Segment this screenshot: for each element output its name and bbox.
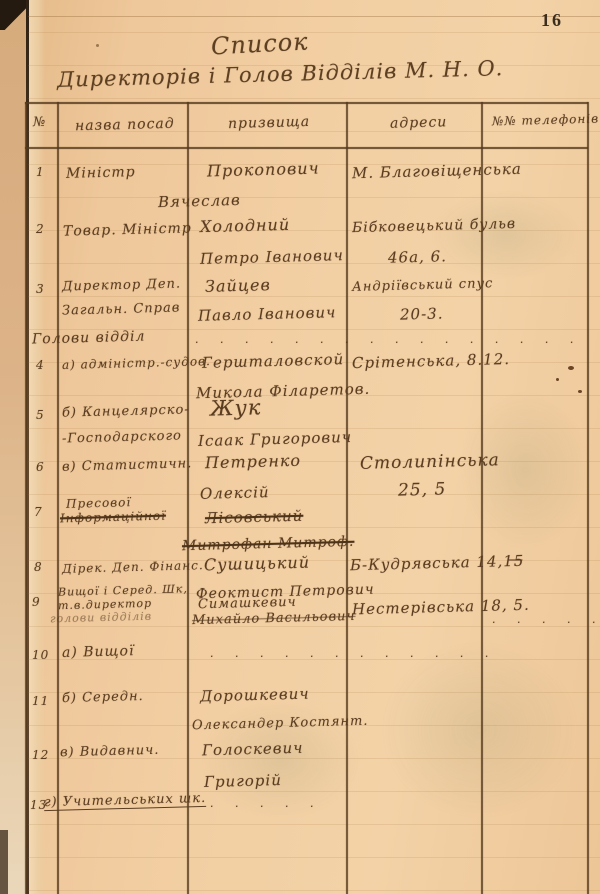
table-border-left — [25, 102, 27, 894]
row-position: Дірек. Деп. Фінанс. — [62, 558, 204, 576]
row-surname: Сушицький — [204, 553, 310, 575]
row-firstname: Ісаак Григорович — [198, 428, 353, 450]
header-name: призвища — [228, 114, 311, 132]
row-address: Андріївський спус — [352, 276, 494, 295]
row-surname: Холодний — [200, 215, 291, 236]
table-col-line — [346, 102, 348, 894]
table-col-line — [57, 102, 59, 894]
row-address: М. Благовіщенська — [352, 160, 522, 182]
ink-speck — [568, 366, 574, 370]
row-position-line3: голови відділів — [50, 610, 152, 626]
ledger-ruling-top — [28, 16, 600, 17]
row-firstname: Михайло Васильович — [192, 609, 356, 628]
row-position: Товар. Міністр — [63, 220, 192, 239]
row-firstname: Олексій — [200, 483, 270, 503]
header-position: назва посад — [75, 116, 175, 135]
row-position-line2: -Господарского — [62, 428, 182, 446]
row-address: Нестерівська 18, 5. — [352, 596, 530, 619]
ink-speck — [556, 378, 559, 381]
row-position-line2: Загальн. Справ — [62, 300, 181, 318]
row-no: 2 — [36, 222, 45, 236]
scanned-ledger-page: 16 Список Директорів і Голов Відділів М.… — [0, 0, 600, 894]
pen-dash: — — [508, 550, 524, 568]
row-address: Срітенська, 8.12. — [352, 350, 510, 372]
row-address: Бібковецький бульв — [352, 216, 516, 236]
table-border-right — [587, 102, 589, 894]
row-firstname-struck: Митрофан Митроф. — [182, 534, 355, 555]
header-phone: №№ телефонів — [492, 112, 599, 129]
row-firstname: Вячеслав — [158, 191, 241, 211]
row-address: Б-Кудрявська 14,15 — [350, 552, 525, 575]
row-position: Вищої і Серед. Шк, — [58, 582, 188, 598]
row-firstname: Павло Іванович — [198, 303, 337, 325]
row-surname: Прокопович — [207, 159, 320, 181]
row-firstname: Олександер Костянт. — [192, 714, 369, 734]
row-dot-leader: · · · · · · · · · · · · — [210, 650, 497, 663]
table-header-bottom-line — [25, 147, 588, 149]
row-surname: Дорошкевич — [200, 685, 310, 706]
document-subtitle: Директорів і Голов Відділів М. Н. О. — [0, 62, 560, 86]
row-no: 5 — [36, 408, 45, 422]
row-address-line2: 20-3. — [400, 304, 444, 323]
header-address: адреси — [390, 114, 448, 131]
row-no: 1 — [36, 165, 45, 179]
row-position-struck: Пресової — [66, 495, 132, 511]
row-no: 8 — [34, 560, 43, 574]
row-position-line2-struck: Інформаційної — [60, 509, 166, 526]
row-no: 9 — [32, 595, 41, 609]
title-line2: Директорів і Голов Відділів М. Н. О. — [57, 56, 504, 92]
row-dot-leader: · · · · · — [210, 800, 322, 813]
row-surname: Гершталовской — [202, 350, 345, 372]
row-position: б) Канцелярско- — [62, 402, 190, 420]
row-address-line2: 46а, 6. — [388, 247, 447, 267]
row-surname: Симашкевич — [198, 595, 297, 613]
document-title: Список — [0, 30, 520, 58]
row-position: г) Учительських шк. — [44, 791, 207, 811]
ink-speck — [578, 390, 582, 393]
row-position: Директор Деп. — [62, 276, 181, 294]
bleed-through-ghost — [430, 190, 580, 280]
book-edge-underpage — [0, 0, 26, 894]
row-surname-struck: Лісовський — [205, 507, 304, 528]
row-no: 6 — [36, 460, 45, 474]
table-header-top-line — [25, 102, 588, 104]
header-no: № — [33, 115, 47, 130]
title-line1: Список — [211, 27, 310, 60]
row-no: 4 — [36, 358, 45, 372]
row-no: 7 — [34, 505, 43, 519]
row-position: Міністр — [66, 164, 136, 182]
row-firstname: Петро Іванович — [200, 246, 344, 268]
row-position: в) Статистичн. — [62, 456, 193, 474]
row-surname: Петренко — [205, 451, 301, 473]
row-no: 11 — [32, 694, 49, 708]
row-firstname: Григорій — [204, 771, 282, 791]
row-position: в) Видавнич. — [60, 743, 160, 761]
section-label: Голови відділ — [32, 329, 146, 348]
row-surname: Голоскевич — [202, 739, 304, 760]
row-address-line2: 25, 5 — [398, 479, 447, 500]
row-no: 10 — [32, 648, 49, 662]
row-no: 3 — [36, 282, 45, 296]
bleed-through-ghost — [380, 640, 580, 820]
row-dot-leader: · · · · · · — [492, 616, 600, 629]
page-number: 16 — [541, 10, 563, 31]
section-dot-leader: · · · · · · · · · · · · · · · · — [195, 336, 582, 349]
row-address: Столипінська — [360, 450, 500, 474]
ledger-ruling — [28, 0, 600, 894]
bottom-edge-shadow — [0, 830, 8, 894]
row-surname: Зайцев — [205, 275, 271, 296]
row-no: 12 — [32, 748, 49, 762]
row-position: б) Середн. — [62, 689, 144, 706]
row-surname: Жук — [210, 395, 262, 420]
row-position: а) Вищої — [62, 643, 135, 661]
